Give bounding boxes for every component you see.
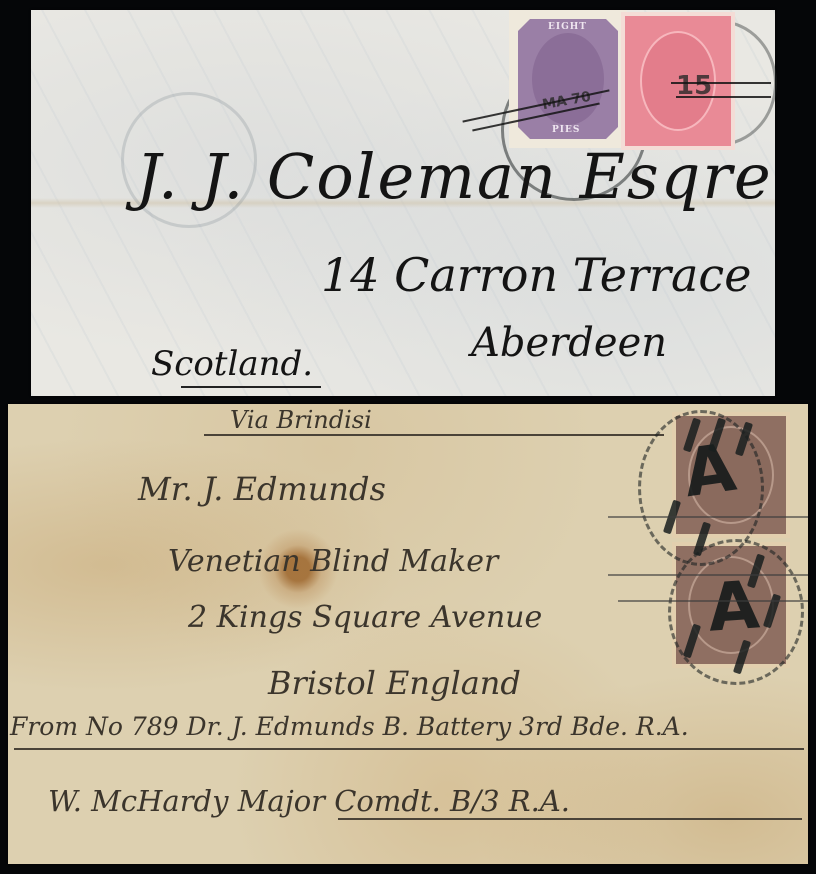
endorsement-line: W. McHardy Major Comdt. B/3 R.A. xyxy=(48,784,570,818)
cancel-stroke xyxy=(608,516,808,518)
address-line-2: 14 Carron Terrace xyxy=(321,248,751,302)
address-line-3: 2 Kings Square Avenue xyxy=(188,600,542,635)
address-line-1: J. J. Coleman Esqre xyxy=(136,140,773,213)
scotland-underline xyxy=(181,386,321,388)
violet-eight-pies-stamp: EIGHT PIES MA 70 xyxy=(509,10,627,148)
cover-bristol: Via Brindisi Mr. J. Edmunds Venetian Bli… xyxy=(8,404,808,864)
cancel-stroke xyxy=(608,574,808,576)
address-line-4: Bristol England xyxy=(268,664,521,702)
route-line: Via Brindisi xyxy=(230,406,372,434)
address-line-4: Scotland. xyxy=(151,344,313,384)
address-line-3: Aberdeen xyxy=(471,320,667,366)
address-line-2: Venetian Blind Maker xyxy=(168,544,498,579)
sender-line: From No 789 Dr. J. Edmunds B. Battery 3r… xyxy=(10,712,689,741)
stamp-top-label: EIGHT xyxy=(548,22,587,32)
sender-underline xyxy=(14,748,804,750)
endorsement-underline xyxy=(338,818,802,820)
cancel-stroke xyxy=(671,82,771,84)
cancel-stroke xyxy=(618,600,808,602)
rose-east-india-stamp: 15 xyxy=(625,16,731,146)
route-underline xyxy=(204,434,664,436)
cancel-stroke xyxy=(676,96,771,98)
stamp-bottom-label: PIES xyxy=(552,125,580,135)
address-line-1: Mr. J. Edmunds xyxy=(138,470,386,508)
cover-scotland: EIGHT PIES MA 70 15 J. J. Coleman Esqre … xyxy=(31,10,775,396)
